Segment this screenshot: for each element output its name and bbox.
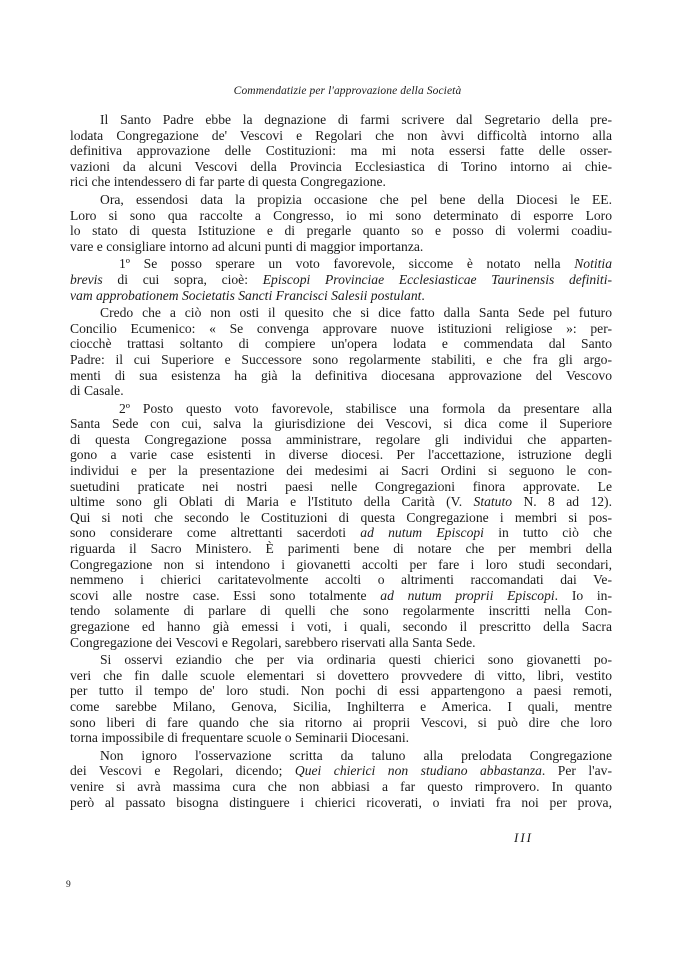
text-line: tendo solamente di parlare di quelli che…	[70, 603, 612, 619]
text-line: venire si avrà massima cura che non abbi…	[70, 779, 612, 795]
text-run: definitiva approvazione delle Costituzio…	[70, 143, 612, 158]
text-line: definitiva approvazione delle Costituzio…	[70, 143, 612, 159]
text-run: riguarda il Sacro Ministero. È parimenti…	[70, 541, 612, 556]
text-line: Si osservi eziandio che per via ordinari…	[70, 652, 612, 668]
paragraph: Si osservi eziandio che per via ordinari…	[70, 652, 612, 746]
text-line: nemmeno i chierici caritatevolmente acco…	[70, 572, 612, 588]
text-line: lo stato di questa Istituzione e di preg…	[70, 223, 612, 239]
text-line: 2º Posto questo voto favorevole, stabili…	[70, 401, 612, 417]
text-line: sono considerare come altrettanti sacerd…	[70, 525, 612, 541]
text-run: menti di sua esistenza ha già la definit…	[70, 368, 612, 383]
text-line: Santa Sede con cui, salva la giurisdizio…	[70, 416, 612, 432]
text-line: di Casale.	[70, 383, 612, 399]
text-run: dei Vescovi e Regolari, dicendo;	[70, 763, 295, 778]
text-line: torna impossibile di frequentare scuole …	[70, 730, 612, 746]
text-run: scovi alle nostre case. Essi sono totalm…	[70, 588, 380, 603]
paragraph: Ora, essendosi data la propizia occasion…	[70, 192, 612, 254]
text-run: in tutto ciò che	[484, 525, 612, 540]
text-run: di Casale.	[70, 383, 124, 398]
italic-text: Notitia	[574, 256, 612, 271]
text-line: veri che fin dalle scuole elementari si …	[70, 668, 612, 684]
text-run: di cui sopra, cioè:	[103, 272, 263, 287]
text-run: . Per l'av-	[542, 763, 612, 778]
text-line: gregazione ed hanno già emessi i voti, i…	[70, 619, 612, 635]
italic-text: ad nutum Episcopi	[360, 525, 484, 540]
text-line: suetudini praticate nei nostri paesi nel…	[70, 479, 612, 495]
text-run: venire si avrà massima cura che non abbi…	[70, 779, 612, 794]
text-run: gregazione ed hanno già emessi i voti, i…	[70, 619, 612, 634]
text-run: vare e consigliare intorno ad alcuni pun…	[70, 239, 423, 254]
text-line: Credo che a ciò non osti il quesito che …	[70, 305, 612, 321]
text-line: di questa Congregazione possa amministra…	[70, 432, 612, 448]
text-run: Loro si sono qua raccolte a Congresso, i…	[70, 208, 612, 223]
text-line: Loro si sono qua raccolte a Congresso, i…	[70, 208, 612, 224]
text-run: Credo che a ciò non osti il quesito che …	[100, 305, 612, 320]
page-number: III	[514, 830, 533, 846]
text-line: sono liberi di fare quando che sia ritor…	[70, 715, 612, 731]
text-line: gono a varie case esistenti in diverse d…	[70, 447, 612, 463]
text-line: scovi alle nostre case. Essi sono totalm…	[70, 588, 612, 604]
text-run: individui e per la presentazione dei med…	[70, 463, 612, 478]
italic-text: vam approbationem Societatis Sancti Fran…	[70, 288, 421, 303]
text-line: però al passato bisogna distinguere i ch…	[70, 795, 612, 811]
text-run: come sarebbe Milano, Genova, Sicilia, In…	[70, 699, 612, 714]
italic-text: ad nutum proprii Episcopi	[380, 588, 554, 603]
text-run: N. 8 ad 12).	[512, 494, 612, 509]
text-line: come sarebbe Milano, Genova, Sicilia, In…	[70, 699, 612, 715]
text-run: Congregazione dei Vescovi e Regolari, sa…	[70, 635, 476, 650]
running-head: Commendatizie per l'approvazione della S…	[0, 85, 695, 97]
text-line: ultime sono gli Oblati di Maria e l'Isti…	[70, 494, 612, 510]
text-line: per tutto il tempo de' loro studi. Non p…	[70, 683, 612, 699]
paragraph: Credo che a ciò non osti il quesito che …	[70, 305, 612, 399]
text-line: 1º Se posso sperare un voto favorevole, …	[70, 256, 612, 272]
signature-mark: 9	[66, 880, 71, 890]
paragraph: Non ignoro l'osservazione scritta da tal…	[70, 748, 612, 810]
text-line: Ora, essendosi data la propizia occasion…	[70, 192, 612, 208]
text-line: vare e consigliare intorno ad alcuni pun…	[70, 239, 612, 255]
text-run: Ora, essendosi data la propizia occasion…	[100, 192, 612, 207]
text-line: Padre: il cui Superiore e Successore son…	[70, 352, 612, 368]
text-run: Non ignoro l'osservazione scritta da tal…	[100, 748, 612, 763]
text-line: Congregazione dei Vescovi e Regolari, sa…	[70, 635, 612, 651]
body-text: Il Santo Padre ebbe la degnazione di far…	[70, 112, 612, 810]
text-line: Non ignoro l'osservazione scritta da tal…	[70, 748, 612, 764]
text-line: riguarda il Sacro Ministero. È parimenti…	[70, 541, 612, 557]
text-line: individui e per la presentazione dei med…	[70, 463, 612, 479]
text-run: Qui si noti che secondo le Costituzioni …	[70, 510, 612, 525]
text-run: Si osservi eziandio che per via ordinari…	[100, 652, 612, 667]
text-run: suetudini praticate nei nostri paesi nel…	[70, 479, 612, 494]
text-run: Santa Sede con cui, salva la giurisdizio…	[70, 416, 612, 431]
text-line: Il Santo Padre ebbe la degnazione di far…	[70, 112, 612, 128]
text-run: per tutto il tempo de' loro studi. Non p…	[70, 683, 612, 698]
text-line: Concilio Ecumenico: « Se convenga approv…	[70, 321, 612, 337]
text-run: ultime sono gli Oblati di Maria e l'Isti…	[70, 494, 474, 509]
text-line: Qui si noti che secondo le Costituzioni …	[70, 510, 612, 526]
text-line: menti di sua esistenza ha già la definit…	[70, 368, 612, 384]
text-run: sono considerare come altrettanti sacerd…	[70, 525, 360, 540]
text-line: ciocchè trattasi soltanto di compiere un…	[70, 336, 612, 352]
text-line: brevis di cui sopra, cioè: Episcopi Prov…	[70, 272, 612, 288]
text-run: sono liberi di fare quando che sia ritor…	[70, 715, 612, 730]
text-run: 2º Posto questo voto favorevole, stabili…	[119, 401, 612, 416]
text-line: lodata Congregazione de' Vescovi e Regol…	[70, 128, 612, 144]
text-run: gono a varie case esistenti in diverse d…	[70, 447, 612, 462]
text-run: torna impossibile di frequentare scuole …	[70, 730, 409, 745]
text-run: lodata Congregazione de' Vescovi e Regol…	[70, 128, 612, 143]
paragraph: Il Santo Padre ebbe la degnazione di far…	[70, 112, 612, 190]
text-line: rici che intendessero di far parte di qu…	[70, 174, 612, 190]
text-run: Padre: il cui Superiore e Successore son…	[70, 352, 612, 367]
italic-text: Statuto	[474, 494, 513, 509]
text-run: .	[421, 288, 424, 303]
italic-text: brevis	[70, 272, 103, 287]
paragraph: 1º Se posso sperare un voto favorevole, …	[70, 256, 612, 303]
text-run: rici che intendessero di far parte di qu…	[70, 174, 386, 189]
text-run: lo stato di questa Istituzione e di preg…	[70, 223, 612, 238]
text-run: vazioni da alcuni Vescovi della Provinci…	[70, 159, 612, 174]
text-run: Il Santo Padre ebbe la degnazione di far…	[100, 112, 612, 127]
italic-text: Quei chierici non studiano abbastanza	[295, 763, 542, 778]
text-run: tendo solamente di parlare di quelli che…	[70, 603, 612, 618]
text-run: Congregazione non si intendono i giovane…	[70, 557, 612, 572]
text-run: nemmeno i chierici caritatevolmente acco…	[70, 572, 612, 587]
paragraph: 2º Posto questo voto favorevole, stabili…	[70, 401, 612, 651]
text-line: vazioni da alcuni Vescovi della Provinci…	[70, 159, 612, 175]
text-run: di questa Congregazione possa amministra…	[70, 432, 612, 447]
text-line: vam approbationem Societatis Sancti Fran…	[70, 288, 612, 304]
text-run: 1º Se posso sperare un voto favorevole, …	[119, 256, 574, 271]
text-line: Congregazione non si intendono i giovane…	[70, 557, 612, 573]
text-line: dei Vescovi e Regolari, dicendo; Quei ch…	[70, 763, 612, 779]
text-run: . Io in-	[555, 588, 612, 603]
text-run: ciocchè trattasi soltanto di compiere un…	[70, 336, 612, 351]
text-run: veri che fin dalle scuole elementari si …	[70, 668, 612, 683]
text-run: però al passato bisogna distinguere i ch…	[70, 795, 612, 810]
text-run: Concilio Ecumenico: « Se convenga approv…	[70, 321, 612, 336]
italic-text: Episcopi Provinciae Ecclesiasticae Tauri…	[263, 272, 612, 287]
